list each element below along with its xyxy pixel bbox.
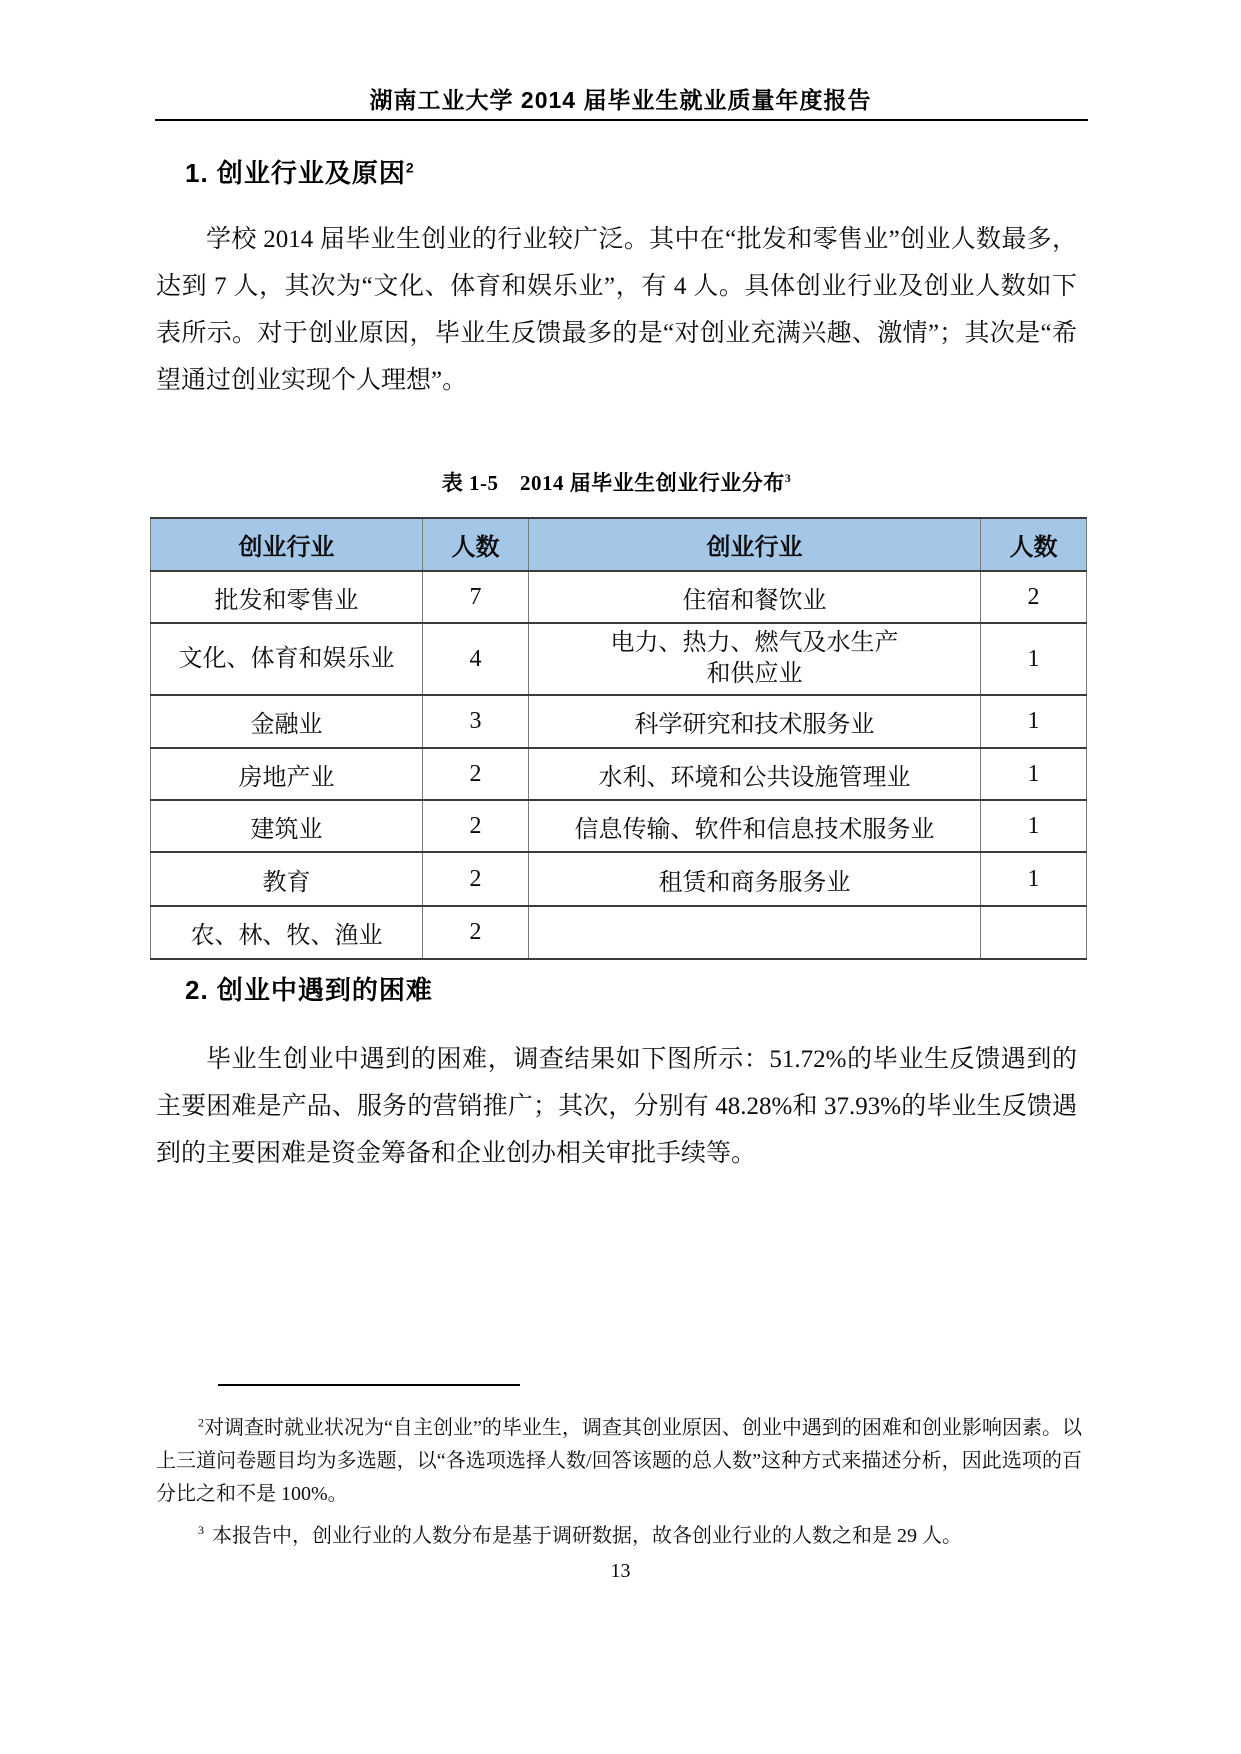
- table-cell: 1: [981, 800, 1087, 852]
- table-cell: 1: [981, 695, 1087, 748]
- document-page: 湖南工业大学 2014 届毕业生就业质量年度报告 1. 创业行业及原因2 学校 …: [0, 0, 1241, 1754]
- table-cell: 7: [423, 571, 529, 623]
- table-cell: 教育: [151, 852, 423, 906]
- table-cell: 2: [423, 852, 529, 906]
- section-1-heading-text: 1. 创业行业及原因: [185, 158, 406, 188]
- table-cell: 3: [423, 695, 529, 748]
- table-cell: 2: [423, 800, 529, 852]
- section-2-heading: 2. 创业中遇到的困难: [185, 970, 433, 1007]
- table-caption: 表 1-5 2014 届毕业生创业行业分布3: [156, 467, 1077, 497]
- table-header-row: 创业行业 人数 创业行业 人数: [151, 518, 1087, 571]
- table-row: 房地产业 2 水利、环境和公共设施管理业 1: [151, 748, 1087, 800]
- table-cell: 信息传输、软件和信息技术服务业: [529, 800, 981, 852]
- running-header-title: 湖南工业大学 2014 届毕业生就业质量年度报告: [0, 82, 1241, 115]
- footnote-ref-2: 2: [406, 159, 415, 175]
- table-row: 文化、体育和娱乐业 4 电力、热力、燃气及水生产 和供应业 1: [151, 623, 1087, 695]
- table-cell: 电力、热力、燃气及水生产 和供应业: [529, 623, 981, 695]
- table-cell: 文化、体育和娱乐业: [151, 623, 423, 695]
- table-row: 农、林、牧、渔业 2: [151, 906, 1087, 959]
- table-cell: 2: [981, 571, 1087, 623]
- footnote-2: 2对调查时就业状况为“自主创业”的毕业生，调查其创业原因、创业中遇到的困难和创业…: [156, 1412, 1082, 1511]
- table-row: 建筑业 2 信息传输、软件和信息技术服务业 1: [151, 800, 1087, 852]
- table-cell: 1: [981, 623, 1087, 695]
- table-cell: 1: [981, 852, 1087, 906]
- table-caption-text: 表 1-5 2014 届毕业生创业行业分布: [442, 471, 785, 495]
- col-header-industry-left: 创业行业: [151, 518, 423, 571]
- footnote-2-text: 对调查时就业状况为“自主创业”的毕业生，调查其创业原因、创业中遇到的困难和创业影…: [156, 1417, 1082, 1505]
- table-cell: 农、林、牧、渔业: [151, 906, 423, 959]
- footnote-separator: [218, 1384, 520, 1386]
- table-row: 教育 2 租赁和商务服务业 1: [151, 852, 1087, 906]
- footnote-3-marker: 3: [198, 1523, 204, 1537]
- section-2-paragraph: 毕业生创业中遇到的困难，调查结果如下图所示：51.72%的毕业生反馈遇到的主要困…: [156, 1036, 1077, 1177]
- table-row: 金融业 3 科学研究和技术服务业 1: [151, 695, 1087, 748]
- section-2-heading-text: 2. 创业中遇到的困难: [185, 975, 433, 1005]
- header-divider: [155, 119, 1088, 121]
- table-cell: 水利、环境和公共设施管理业: [529, 748, 981, 800]
- col-header-industry-right: 创业行业: [529, 518, 981, 571]
- table-cell: 2: [423, 906, 529, 959]
- table-cell: 4: [423, 623, 529, 695]
- section-1-paragraph: 学校 2014 届毕业生创业的行业较广泛。其中在“批发和零售业”创业人数最多，达…: [156, 216, 1077, 404]
- col-header-count-right: 人数: [981, 518, 1087, 571]
- table-cell: 1: [981, 748, 1087, 800]
- table-cell: 建筑业: [151, 800, 423, 852]
- table-row: 批发和零售业 7 住宿和餐饮业 2: [151, 571, 1087, 623]
- table-cell: 2: [423, 748, 529, 800]
- table-cell: 房地产业: [151, 748, 423, 800]
- table-cell: 批发和零售业: [151, 571, 423, 623]
- footnote-3-text: 本报告中，创业行业的人数分布是基于调研数据，故各创业行业的人数之和是 29 人。: [212, 1525, 962, 1547]
- table-cell: 住宿和餐饮业: [529, 571, 981, 623]
- table-cell: 租赁和商务服务业: [529, 852, 981, 906]
- table-cell: [981, 906, 1087, 959]
- section-1-heading: 1. 创业行业及原因2: [185, 153, 415, 190]
- footnote-3: 3本报告中，创业行业的人数分布是基于调研数据，故各创业行业的人数之和是 29 人…: [156, 1520, 1082, 1553]
- industry-distribution-table: 创业行业 人数 创业行业 人数 批发和零售业 7 住宿和餐饮业 2 文化、体育和…: [150, 517, 1087, 960]
- col-header-count-left: 人数: [423, 518, 529, 571]
- page-number: 13: [0, 1560, 1241, 1583]
- table-cell: 科学研究和技术服务业: [529, 695, 981, 748]
- table-cell: 金融业: [151, 695, 423, 748]
- footnote-ref-3: 3: [785, 471, 792, 485]
- table-cell: [529, 906, 981, 959]
